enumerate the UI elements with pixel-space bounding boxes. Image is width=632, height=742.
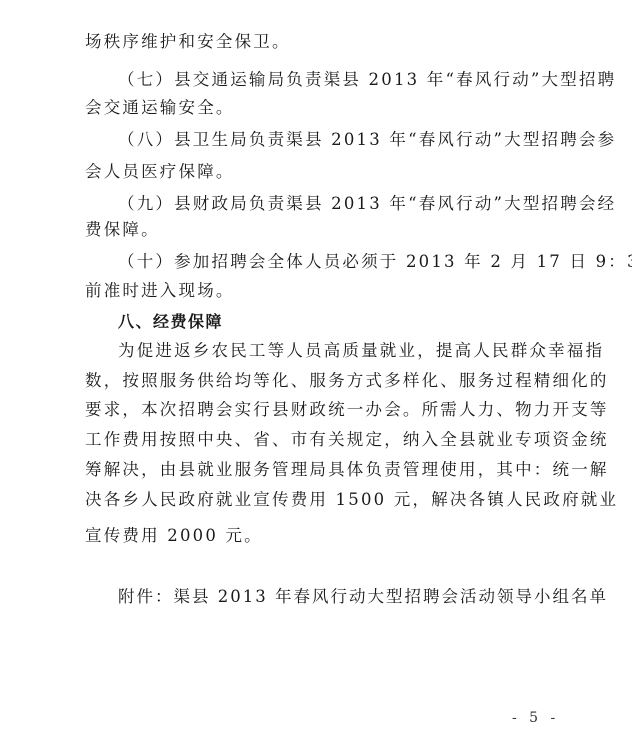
paragraph-line: 会人员医疗保障。 [85,161,555,183]
paragraph-line: 费保障。 [85,219,555,241]
body-line: 数，按照服务供给均等化、服务方式多样化、服务过程精细化的 [85,370,555,392]
body-line: 宣传费用 2000 元。 [85,525,555,547]
paragraph-line: （八）县卫生局负责渠县 2013 年“春风行动”大型招聘会参 [118,129,555,151]
paragraph-line: （七）县交通运输局负责渠县 2013 年“春风行动”大型招聘 [118,69,555,91]
paragraph-line: 前准时进入现场。 [85,280,555,302]
paragraph-line: （十）参加招聘会全体人员必须于 2013 年 2 月 17 日 9：30 [118,251,555,273]
body-line: 决各乡人民政府就业宣传费用 1500 元，解决各镇人民政府就业 [85,489,555,511]
attachment-note: 附件：渠县 2013 年春风行动大型招聘会活动领导小组名单 [118,586,555,608]
paragraph-line: 场秩序维护和安全保卫。 [85,31,555,53]
paragraph-line: 会交通运输安全。 [85,97,555,119]
section-heading: 八、经费保障 [118,311,555,333]
document-page: 场秩序维护和安全保卫。 （七）县交通运输局负责渠县 2013 年“春风行动”大型… [0,0,632,742]
page-number: - 5 - [512,708,559,728]
body-line: 为促进返乡农民工等人员高质量就业，提高人民群众幸福指 [118,340,555,362]
body-line: 要求，本次招聘会实行县财政统一办会。所需人力、物力开支等 [85,399,555,421]
body-line: 工作费用按照中央、省、市有关规定，纳入全县就业专项资金统 [85,429,555,451]
paragraph-line: （九）县财政局负责渠县 2013 年“春风行动”大型招聘会经 [118,193,555,215]
body-line: 筹解决，由县就业服务管理局具体负责管理使用，其中：统一解 [85,459,555,481]
